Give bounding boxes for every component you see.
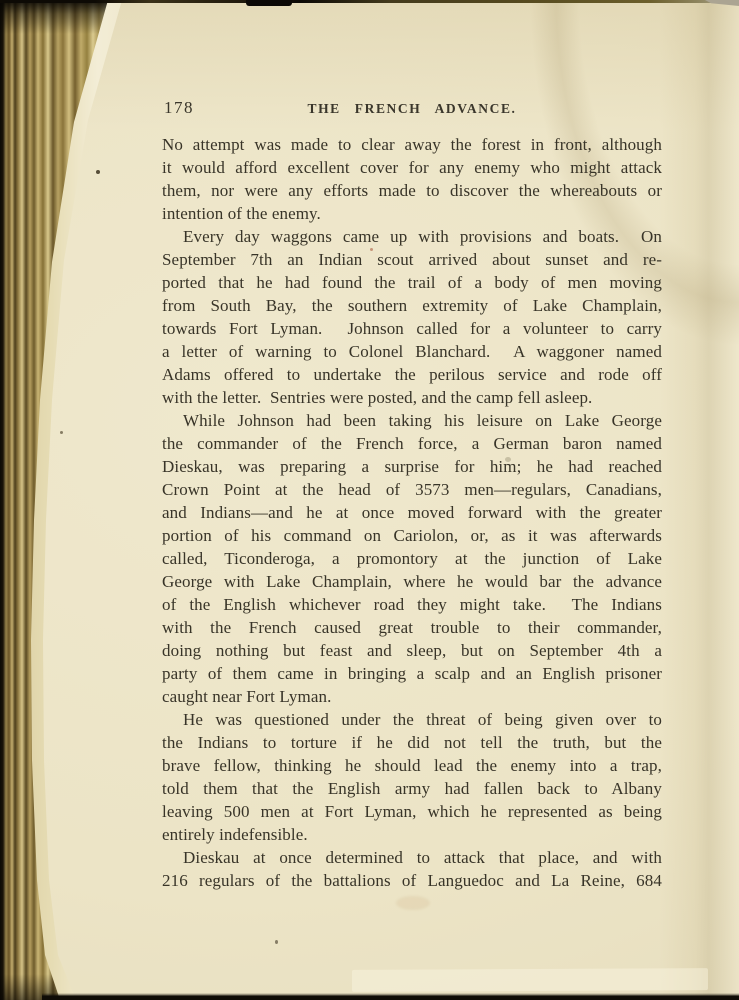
text-line: and Indians—and he at once moved forward…: [162, 501, 662, 524]
text-line: doing nothing but feast and sleep, but o…: [162, 639, 662, 662]
ink-speck: [275, 940, 278, 944]
text-line: from South Bay, the southern extremity o…: [162, 294, 662, 317]
text-line: Crown Point at the head of 3573 men—regu…: [162, 478, 662, 501]
text-line: portion of his command on Cariolon, or, …: [162, 524, 662, 547]
text-line: with the letter. Sentries were posted, a…: [162, 386, 662, 409]
text-line: towards Fort Lyman. Johnson called for a…: [162, 317, 662, 340]
text-line: Dieskau at once determined to attack tha…: [162, 846, 662, 869]
photo-edge-top: [0, 0, 739, 3]
text-line: it would afford excellent cover for any …: [162, 156, 662, 179]
text-line: While Johnson had been taking his leisur…: [162, 409, 662, 432]
text-line: intention of the enemy.: [162, 202, 662, 225]
running-title: THE FRENCH ADVANCE.: [162, 98, 662, 120]
book-page: 178 THE FRENCH ADVANCE. No attempt was m…: [0, 0, 739, 1000]
text-line: the Indians to torture if he did not tel…: [162, 731, 662, 754]
text-line: Adams offered to undertake the perilous …: [162, 363, 662, 386]
text-line: He was questioned under the threat of be…: [162, 708, 662, 731]
text-line: George with Lake Champlain, where he wou…: [162, 570, 662, 593]
ink-speck: [96, 170, 100, 174]
paragraph: Dieskau at once determined to attack tha…: [162, 846, 662, 892]
text-line: them, nor were any efforts made to disco…: [162, 179, 662, 202]
book-spine-page-stack: [0, 0, 112, 1000]
text-line: told them that the English army had fall…: [162, 777, 662, 800]
page-header: 178 THE FRENCH ADVANCE.: [162, 96, 662, 122]
text-line: with the French caused great trouble to …: [162, 616, 662, 639]
photo-edge-top-mark: [246, 0, 292, 6]
text-line: ported that he had found the trail of a …: [162, 271, 662, 294]
text-line: No attempt was made to clear away the fo…: [162, 133, 662, 156]
text-line: entirely indefensible.: [162, 823, 662, 846]
text-line: Dieskau, was preparing a surprise for hi…: [162, 455, 662, 478]
paper-shading-right: [659, 0, 739, 1000]
photo-edge-top-right-notch: [705, 0, 739, 6]
text-line: party of them came in bringing a scalp a…: [162, 662, 662, 685]
text-line: Every day waggons came up with provision…: [162, 225, 662, 248]
text-line: caught near Fort Lyman.: [162, 685, 662, 708]
paragraph: No attempt was made to clear away the fo…: [162, 133, 662, 225]
text-line: leaving 500 men at Fort Lyman, which he …: [162, 800, 662, 823]
text-line: the commander of the French force, a Ger…: [162, 432, 662, 455]
text-line: September 7th an Indian scout arrived ab…: [162, 248, 662, 271]
paper-stain: [396, 896, 430, 910]
text-line: 216 regulars of the battalions of Langue…: [162, 869, 662, 892]
text-line: a letter of warning to Colonel Blanchard…: [162, 340, 662, 363]
photo-edge-bottom: [42, 993, 739, 1000]
text-line: brave fellow, thinking he should lead th…: [162, 754, 662, 777]
underlying-page-edge: [352, 968, 708, 992]
paragraph: Every day waggons came up with provision…: [162, 225, 662, 409]
paragraph: He was questioned under the threat of be…: [162, 708, 662, 846]
paragraph: While Johnson had been taking his leisur…: [162, 409, 662, 708]
body-text: No attempt was made to clear away the fo…: [162, 133, 662, 892]
text-line: of the English whichever road they might…: [162, 593, 662, 616]
ink-speck: [60, 431, 63, 434]
text-line: called, Ticonderoga, a promontory at the…: [162, 547, 662, 570]
